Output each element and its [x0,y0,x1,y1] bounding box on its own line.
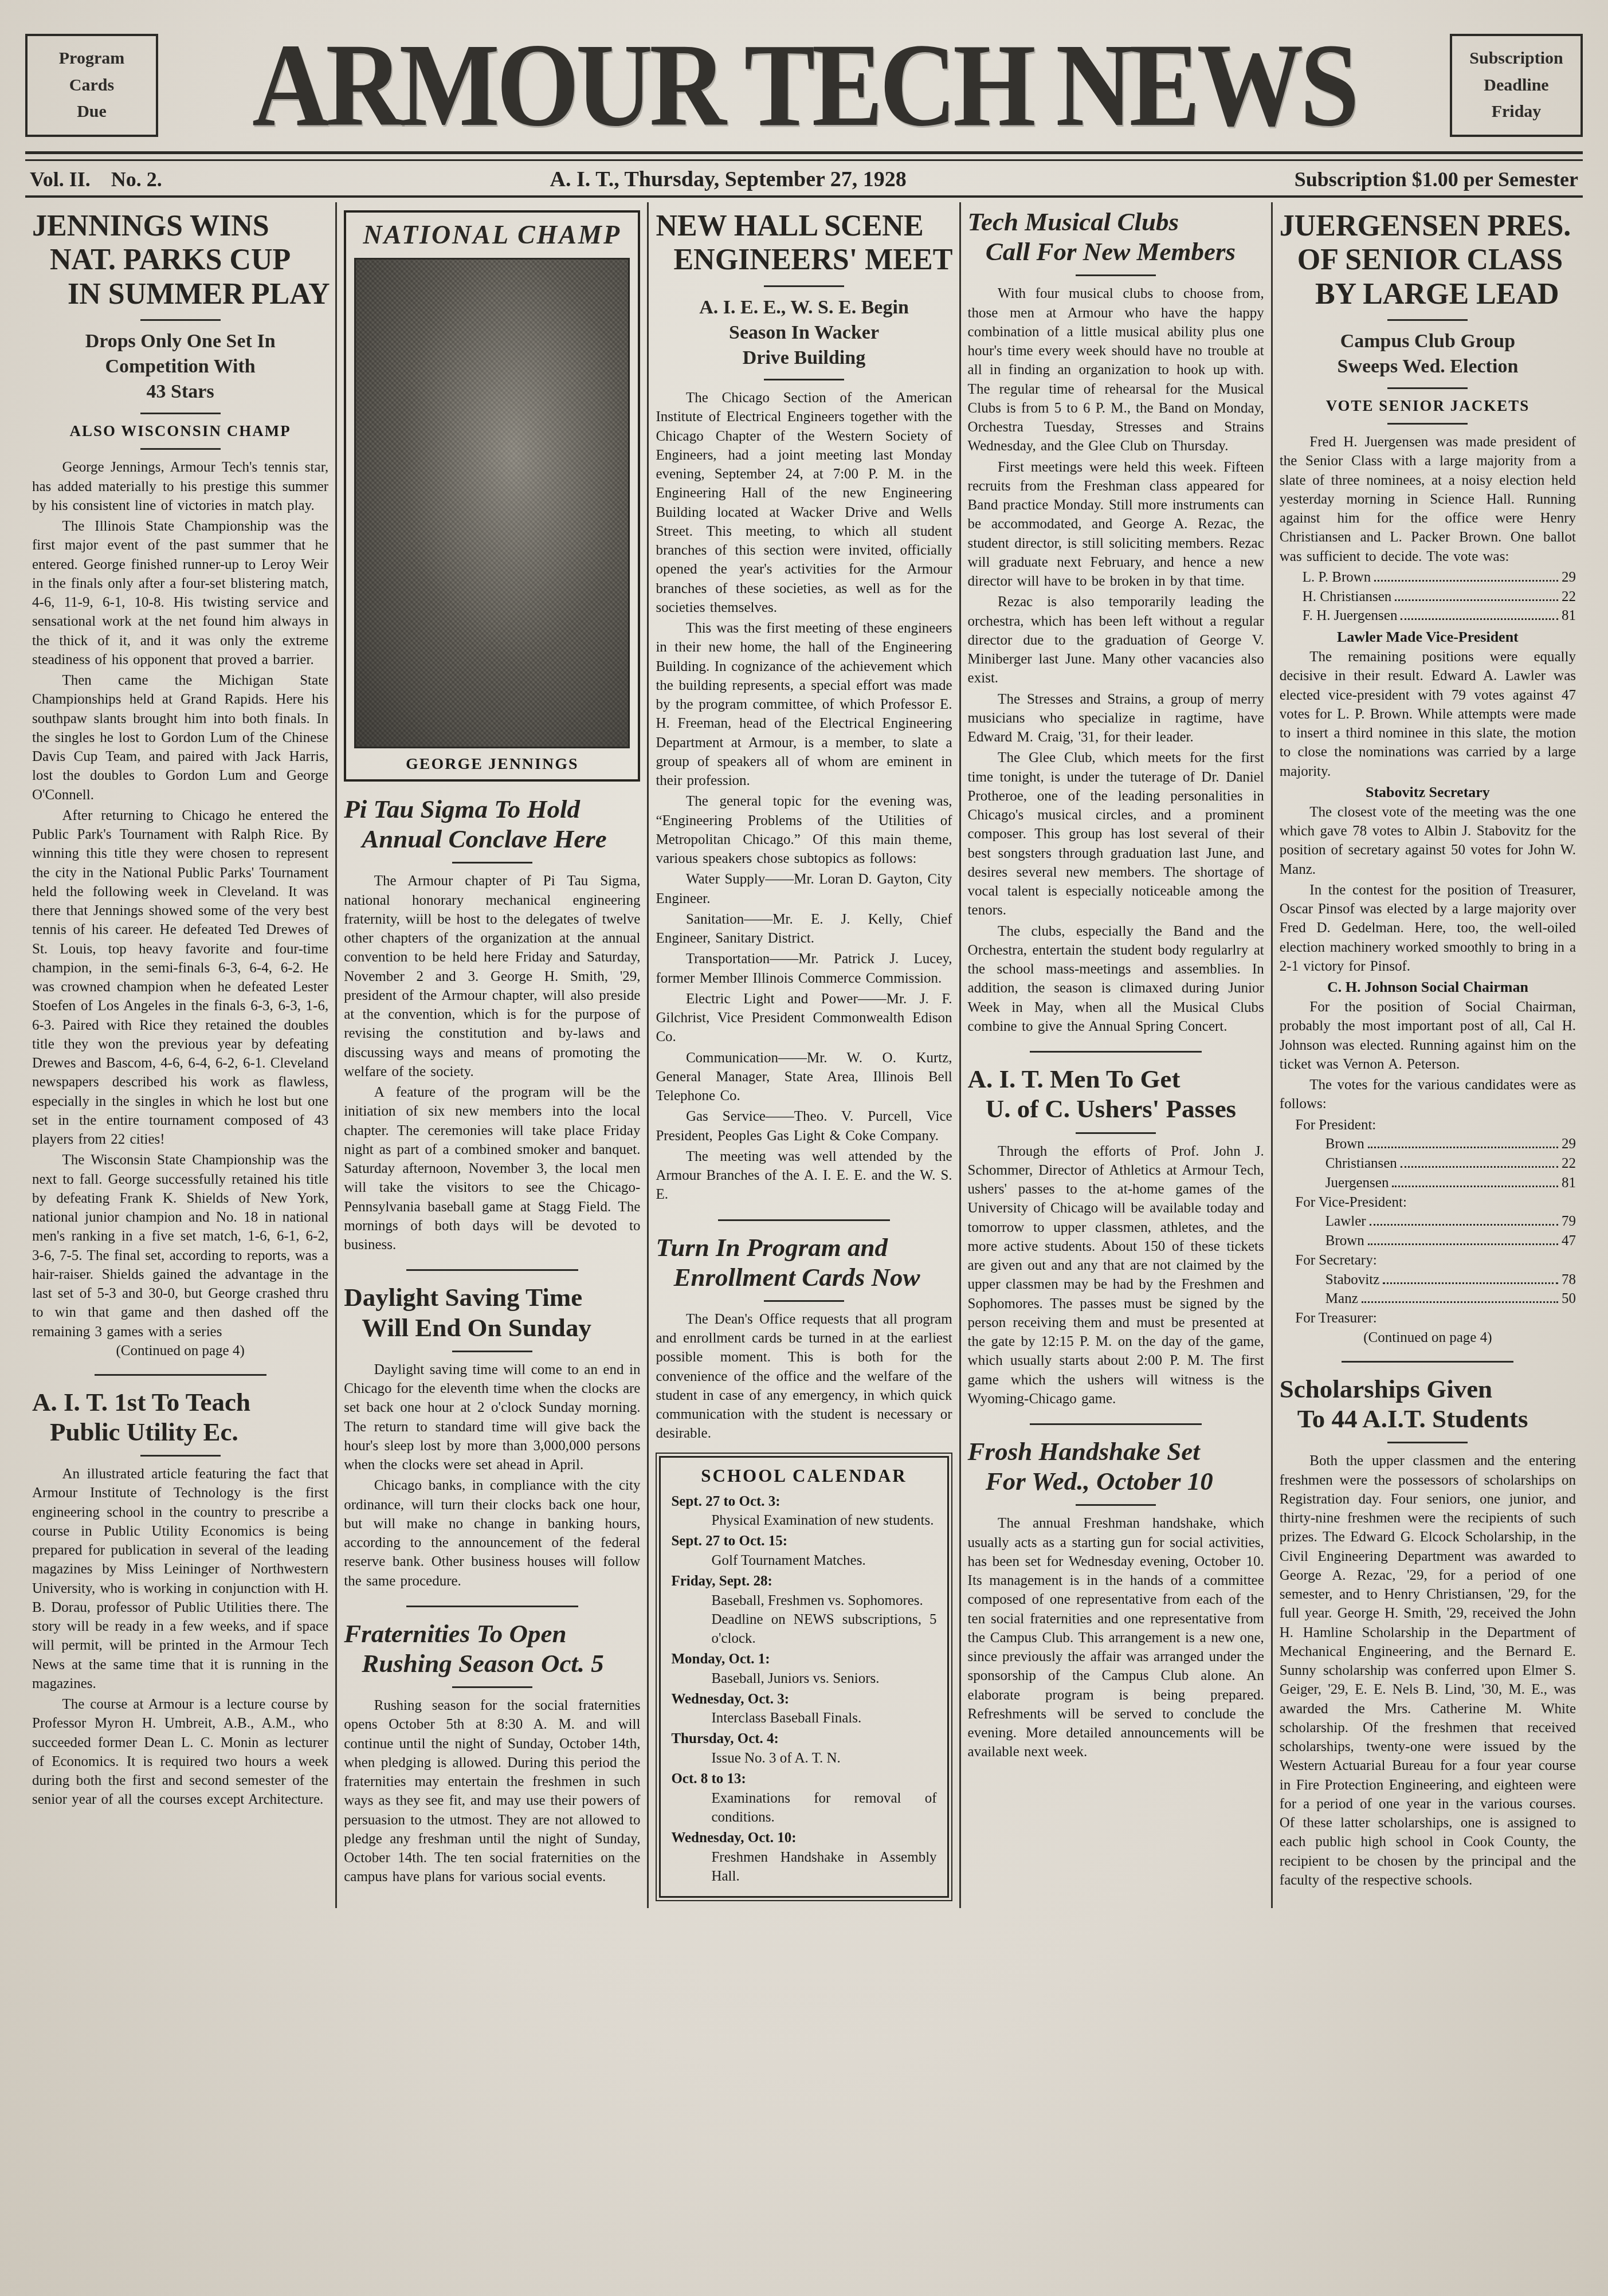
article-headline: Tech Musical ClubsCall For New Members [968,207,1264,266]
column-3: NEW HALL SCENEENGINEERS' MEETA. I. E. E.… [649,202,959,1908]
article-paragraph: Both the upper classmen and the entering… [1280,1451,1576,1890]
calendar-item: Baseball, Juniors vs. Seniors. [671,1669,936,1688]
column-2: NATIONAL CHAMPGEORGE JENNINGSPi Tau Sigm… [337,202,647,1908]
article-separator [718,1219,890,1221]
article-kicker: ALSO WISCONSIN CHAMP [32,422,328,440]
article-paragraph: The Illinois State Championship was the … [32,517,328,669]
deck-line: Season In Wacker [656,320,952,346]
article-headline: Pi Tau Sigma To HoldAnnual Conclave Here [344,794,640,854]
calendar-date: Monday, Oct. 1: [671,1650,936,1669]
vote-line: Stabovitz78 [1280,1270,1576,1290]
article-paragraph: Rushing season for the social fraterniti… [344,1696,640,1887]
article-headline: JENNINGS WINSNAT. PARKS CUPIN SUMMER PLA… [32,209,328,311]
photo-title: NATIONAL CHAMP [354,219,630,250]
article-paragraph: The Dean's Office requests that all prog… [656,1310,952,1443]
article-paragraph: The annual Freshman handshake, which usu… [968,1514,1264,1761]
headline-line: Pi Tau Sigma To Hold [344,794,640,824]
article-headline: Turn In Program andEnrollment Cards Now [656,1233,952,1292]
school-calendar-box: SCHOOL CALENDARSept. 27 to Oct. 3:Physic… [659,1456,948,1898]
deck-line: Sweeps Wed. Election [1280,354,1576,379]
article-paragraph: This was the first meeting of these engi… [656,619,952,790]
calendar-date: Thursday, Oct. 4: [671,1729,936,1749]
dot-leader [1401,618,1558,620]
dot-leader [1362,1301,1558,1303]
article-paragraph: An illustrated article featuring the fac… [32,1465,328,1693]
article-paragraph: Water Supply——Mr. Loran D. Gayton, City … [656,870,952,908]
vote-count: 22 [1562,587,1576,607]
vote-count: 50 [1562,1289,1576,1309]
calendar-item: Freshmen Handshake in Assembly Hall. [671,1848,936,1886]
deck-line: A. I. E. E., W. S. E. Begin [656,295,952,320]
dot-leader [1370,1224,1558,1226]
vote-candidate: Lawler [1325,1212,1366,1231]
headline-rule [140,448,221,450]
article-headline: NEW HALL SCENEENGINEERS' MEET [656,209,952,277]
headline-line: ENGINEERS' MEET [656,243,952,277]
vote-count: 29 [1562,1135,1576,1154]
headline-line: A. I. T. 1st To Teach [32,1387,328,1417]
article-kicker: VOTE SENIOR JACKETS [1280,397,1576,415]
masthead: Program Cards Due ARMOUR TECH NEWS Subsc… [25,32,1583,139]
article-paragraph: Then came the Michigan State Championshi… [32,671,328,804]
headline-line: To 44 A.I.T. Students [1280,1404,1576,1434]
article-paragraph: Communication——Mr. W. O. Kurtz, General … [656,1049,952,1106]
headline-line: JENNINGS WINS [32,209,328,243]
photo-caption: GEORGE JENNINGS [354,755,630,774]
vote-candidate: Brown [1325,1135,1364,1154]
column-1: JENNINGS WINSNAT. PARKS CUPIN SUMMER PLA… [25,202,335,1908]
calendar-item: Golf Tournament Matches. [671,1551,936,1570]
headline-line: Frosh Handshake Set [968,1437,1264,1466]
article-paragraph: The course at Armour is a lecture course… [32,1695,328,1810]
vote-category: For Treasurer: [1280,1309,1576,1328]
article-paragraph: After returning to Chicago he entered th… [32,806,328,1149]
subscription-deadline-box: Subscription Deadline Friday [1450,34,1583,137]
calendar-date: Friday, Sept. 28: [671,1572,936,1591]
jennings-portrait-photo [354,258,630,748]
article-paragraph: Through the efforts of Prof. John J. Sch… [968,1142,1264,1409]
headline-line: Annual Conclave Here [344,824,640,854]
headline-rule [140,1455,221,1457]
article-paragraph: The Stresses and Strains, a group of mer… [968,690,1264,747]
dot-leader [1395,599,1558,601]
vote-candidate: L. P. Brown [1303,568,1371,587]
article-paragraph: Sanitation——Mr. E. J. Kelly, Chief Engin… [656,910,952,948]
issue-dateline: A. I. T., Thursday, September 27, 1928 [550,167,907,192]
columns: JENNINGS WINSNAT. PARKS CUPIN SUMMER PLA… [25,202,1583,1908]
headline-rule [140,319,221,321]
headline-rule [1076,274,1156,276]
dot-leader [1401,1166,1558,1168]
headline-rule [764,379,844,380]
headline-line: For Wed., October 10 [968,1466,1264,1496]
article-paragraph: For the position of Social Chairman, pro… [1280,998,1576,1074]
dot-leader [1383,1282,1558,1284]
headline-line: Daylight Saving Time [344,1282,640,1312]
headline-line: Public Utility Ec. [32,1417,328,1447]
vote-candidate: Stabovitz [1325,1270,1379,1290]
masthead-title: ARMOUR TECH NEWS [170,26,1438,145]
article-paragraph: In the contest for the position of Treas… [1280,881,1576,976]
article-subhead: Stabovitz Secretary [1280,784,1576,801]
continued-note: (Continued on page 4) [1280,1330,1576,1346]
article-separator [95,1374,266,1376]
column-5: JUERGENSEN PRES.OF SENIOR CLASSBY LARGE … [1273,202,1583,1908]
article-paragraph: The Chicago Section of the American Inst… [656,388,952,617]
calendar-date: Sept. 27 to Oct. 15: [671,1532,936,1551]
article-paragraph: Fred H. Juergensen was made president of… [1280,433,1576,566]
subscription-price: Subscription $1.00 per Semester [1295,167,1578,191]
headline-rule [1387,423,1468,425]
dateline-rule [25,195,1583,198]
vote-line: Christiansen22 [1280,1154,1576,1173]
headline-rule [764,285,844,287]
article-paragraph: The general topic for the evening was, “… [656,792,952,868]
vote-count: 22 [1562,1154,1576,1173]
article-paragraph: With four musical clubs to choose from, … [968,284,1264,456]
column-4: Tech Musical ClubsCall For New MembersWi… [961,202,1271,1908]
article-paragraph: A feature of the program will be the ini… [344,1083,640,1254]
headline-line: Rushing Season Oct. 5 [344,1649,640,1678]
article-paragraph: First meetings were held this week. Fift… [968,458,1264,591]
deck-line: 43 Stars [32,379,328,405]
article-paragraph: Gas Service——Theo. V. Purcell, Vice Pres… [656,1107,952,1145]
masthead-rule [25,151,1583,161]
article-separator [1342,1361,1513,1363]
vote-candidate: H. Christiansen [1303,587,1392,607]
article-separator [1030,1423,1202,1425]
vote-count: 81 [1562,1173,1576,1193]
headline-line: Tech Musical Clubs [968,207,1264,237]
headline-rule [1387,1442,1468,1443]
volume-number: Vol. II. No. 2. [30,167,162,191]
calendar-item: Examinations for removal of conditions. [671,1789,936,1827]
newspaper-page: Program Cards Due ARMOUR TECH NEWS Subsc… [0,0,1608,1942]
vote-count: 47 [1562,1231,1576,1251]
article-deck: Campus Club GroupSweeps Wed. Election [1280,329,1576,379]
headline-line: Fraternities To Open [344,1619,640,1649]
article-separator [1030,1051,1202,1053]
headline-rule [1387,319,1468,321]
headline-line: Call For New Members [968,237,1264,266]
headline-line: JUERGENSEN PRES. [1280,209,1576,243]
headline-line: BY LARGE LEAD [1280,277,1576,311]
headline-line: U. of C. Ushers' Passes [968,1094,1264,1124]
calendar-item: Issue No. 3 of A. T. N. [671,1749,936,1768]
article-paragraph: The meeting was well attended by the Arm… [656,1147,952,1204]
article-subhead: C. H. Johnson Social Chairman [1280,979,1576,996]
vote-candidate: F. H. Juergensen [1303,606,1398,626]
headline-line: A. I. T. Men To Get [968,1064,1264,1094]
dot-leader [1374,580,1558,582]
dot-leader [1368,1147,1558,1148]
article-paragraph: The clubs, especially the Band and the O… [968,922,1264,1037]
calendar-title: SCHOOL CALENDAR [671,1466,936,1486]
vote-candidate: Brown [1325,1231,1364,1251]
deck-line: Competition With [32,354,328,379]
headline-line: Enrollment Cards Now [656,1262,952,1292]
article-headline: Daylight Saving TimeWill End On Sunday [344,1282,640,1342]
vote-line: L. P. Brown29 [1280,568,1576,587]
calendar-date: Wednesday, Oct. 10: [671,1828,936,1848]
article-paragraph: The Wisconsin State Championship was the… [32,1151,328,1341]
calendar-date: Oct. 8 to 13: [671,1769,936,1789]
vote-line: Manz50 [1280,1289,1576,1309]
calendar-item: Interclass Baseball Finals. [671,1709,936,1728]
headline-line: NEW HALL SCENE [656,209,952,243]
article-paragraph: Rezac is also temporarily leading the or… [968,592,1264,688]
article-paragraph: The remaining positions were equally dec… [1280,647,1576,781]
headline-rule [452,862,532,864]
calendar-date: Sept. 27 to Oct. 3: [671,1492,936,1512]
headline-line: Will End On Sunday [344,1313,640,1343]
article-headline: Scholarships GivenTo 44 A.I.T. Students [1280,1374,1576,1434]
article-headline: A. I. T. Men To GetU. of C. Ushers' Pass… [968,1064,1264,1124]
calendar-date: Wednesday, Oct. 3: [671,1690,936,1709]
article-separator [406,1269,578,1271]
vote-candidate: Manz [1325,1289,1358,1309]
article-paragraph: Chicago banks, in compliance with the ci… [344,1476,640,1591]
calendar-item: Baseball, Freshmen vs. Sophomores. [671,1591,936,1610]
article-headline: JUERGENSEN PRES.OF SENIOR CLASSBY LARGE … [1280,209,1576,311]
vote-category: For Vice-President: [1280,1193,1576,1212]
vote-category: For Secretary: [1280,1251,1576,1270]
article-paragraph: Daylight saving time will come to an end… [344,1360,640,1475]
article-headline: Fraternities To OpenRushing Season Oct. … [344,1619,640,1678]
dot-leader [1368,1243,1558,1245]
continued-note: (Continued on page 4) [32,1343,328,1359]
vote-line: Juergensen81 [1280,1173,1576,1193]
article-paragraph: George Jennings, Armour Tech's tennis st… [32,458,328,515]
deck-line: Campus Club Group [1280,329,1576,354]
headline-rule [764,1300,844,1302]
vote-line: Brown29 [1280,1135,1576,1154]
vote-count: 79 [1562,1212,1576,1231]
vote-category: For President: [1280,1116,1576,1135]
article-paragraph: Transportation——Mr. Patrick J. Lucey, fo… [656,949,952,988]
headline-rule [1387,387,1468,389]
calendar-item: Deadline on NEWS subscriptions, 5 o'cloc… [671,1610,936,1648]
headline-rule [452,1686,532,1688]
article-paragraph: The votes for the various candidates wer… [1280,1076,1576,1114]
article-paragraph: The Glee Club, which meets for the first… [968,748,1264,920]
article-paragraph: The Armour chapter of Pi Tau Sigma, nati… [344,872,640,1081]
deck-line: Drive Building [656,346,952,371]
deck-line: Drops Only One Set In [32,329,328,354]
article-paragraph: The closest vote of the meeting was the … [1280,803,1576,879]
headline-line: OF SENIOR CLASS [1280,243,1576,277]
vote-candidate: Christiansen [1325,1154,1397,1173]
program-cards-box: Program Cards Due [25,34,158,137]
headline-line: Turn In Program and [656,1233,952,1262]
photo-box: NATIONAL CHAMPGEORGE JENNINGS [344,210,640,782]
vote-line: F. H. Juergensen81 [1280,606,1576,626]
vote-line: Brown47 [1280,1231,1576,1251]
headline-line: IN SUMMER PLAY [32,277,328,311]
article-headline: Frosh Handshake SetFor Wed., October 10 [968,1437,1264,1496]
vote-count: 78 [1562,1270,1576,1290]
article-separator [406,1606,578,1607]
headline-line: Scholarships Given [1280,1374,1576,1404]
headline-rule [452,1351,532,1352]
calendar-item: Physical Examination of new students. [671,1511,936,1530]
dot-leader [1392,1186,1558,1187]
headline-rule [1076,1132,1156,1134]
article-paragraph: Electric Light and Power——Mr. J. F. Gilc… [656,990,952,1047]
vote-count: 81 [1562,606,1576,626]
headline-rule [1076,1504,1156,1506]
vote-candidate: Juergensen [1325,1173,1389,1193]
article-headline: A. I. T. 1st To TeachPublic Utility Ec. [32,1387,328,1447]
vote-line: H. Christiansen22 [1280,587,1576,607]
article-subhead: Lawler Made Vice-President [1280,629,1576,646]
vote-count: 29 [1562,568,1576,587]
headline-rule [140,413,221,414]
article-deck: Drops Only One Set InCompetition With43 … [32,329,328,405]
vote-line: Lawler79 [1280,1212,1576,1231]
dateline-row: Vol. II. No. 2. A. I. T., Thursday, Sept… [25,161,1583,195]
headline-line: NAT. PARKS CUP [32,243,328,277]
article-deck: A. I. E. E., W. S. E. BeginSeason In Wac… [656,295,952,371]
